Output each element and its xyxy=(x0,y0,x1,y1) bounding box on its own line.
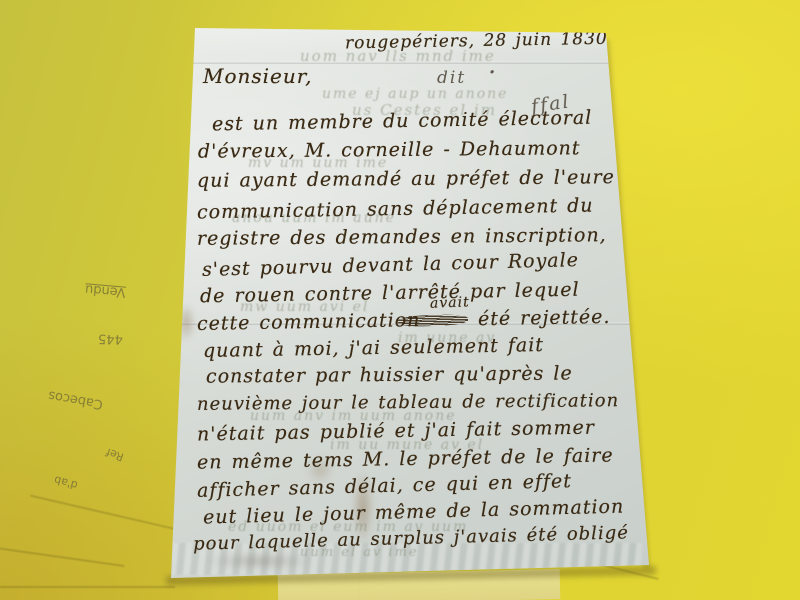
letter-line: n'était pas publié et j'ai fait sommer xyxy=(197,417,595,446)
letter-line: été rejettée. xyxy=(478,306,611,330)
letter-line: pour laquelle au surplus j'avais été obl… xyxy=(193,522,629,554)
letter-line: s'est pourvu devant la cour Royale xyxy=(202,249,579,281)
letter-line: communication sans déplacement du xyxy=(197,195,594,224)
photo-of-letter: Vendu445CabecosRefd'ab uom nav lls mnd i… xyxy=(0,0,800,600)
letter-line: quant à moi, j'ai seulement fait xyxy=(203,334,544,362)
letter-line: est un membre du comité électoral xyxy=(212,107,593,136)
margin-note: Ref xyxy=(104,445,125,463)
letter-line: neuvième jour le tableau de rectificatio… xyxy=(197,390,619,415)
letter-line: de rouen contre l'arrêté par lequel xyxy=(200,279,580,308)
margin-note: Vendu xyxy=(84,281,126,299)
margin-note: Cabecos xyxy=(47,387,104,411)
letter-line: registre des demandes en inscription, xyxy=(197,224,607,250)
letter-line: qui ayant demandé au préfet de l'eure xyxy=(197,166,615,192)
margin-note: 445 xyxy=(98,331,123,347)
letter-line: d'évreux, M. corneille - Dehaumont xyxy=(198,137,581,162)
letter-line: en même tems M. le préfet de le faire xyxy=(197,444,614,473)
letter-line: afficher sans délai, ce qui en effet xyxy=(197,470,572,502)
letter-line: constater par huissier qu'après le xyxy=(206,362,573,387)
margin-note: d'ab xyxy=(53,473,79,492)
salutation: Monsieur, xyxy=(203,64,313,88)
letter-line: cette communication xyxy=(197,309,421,335)
